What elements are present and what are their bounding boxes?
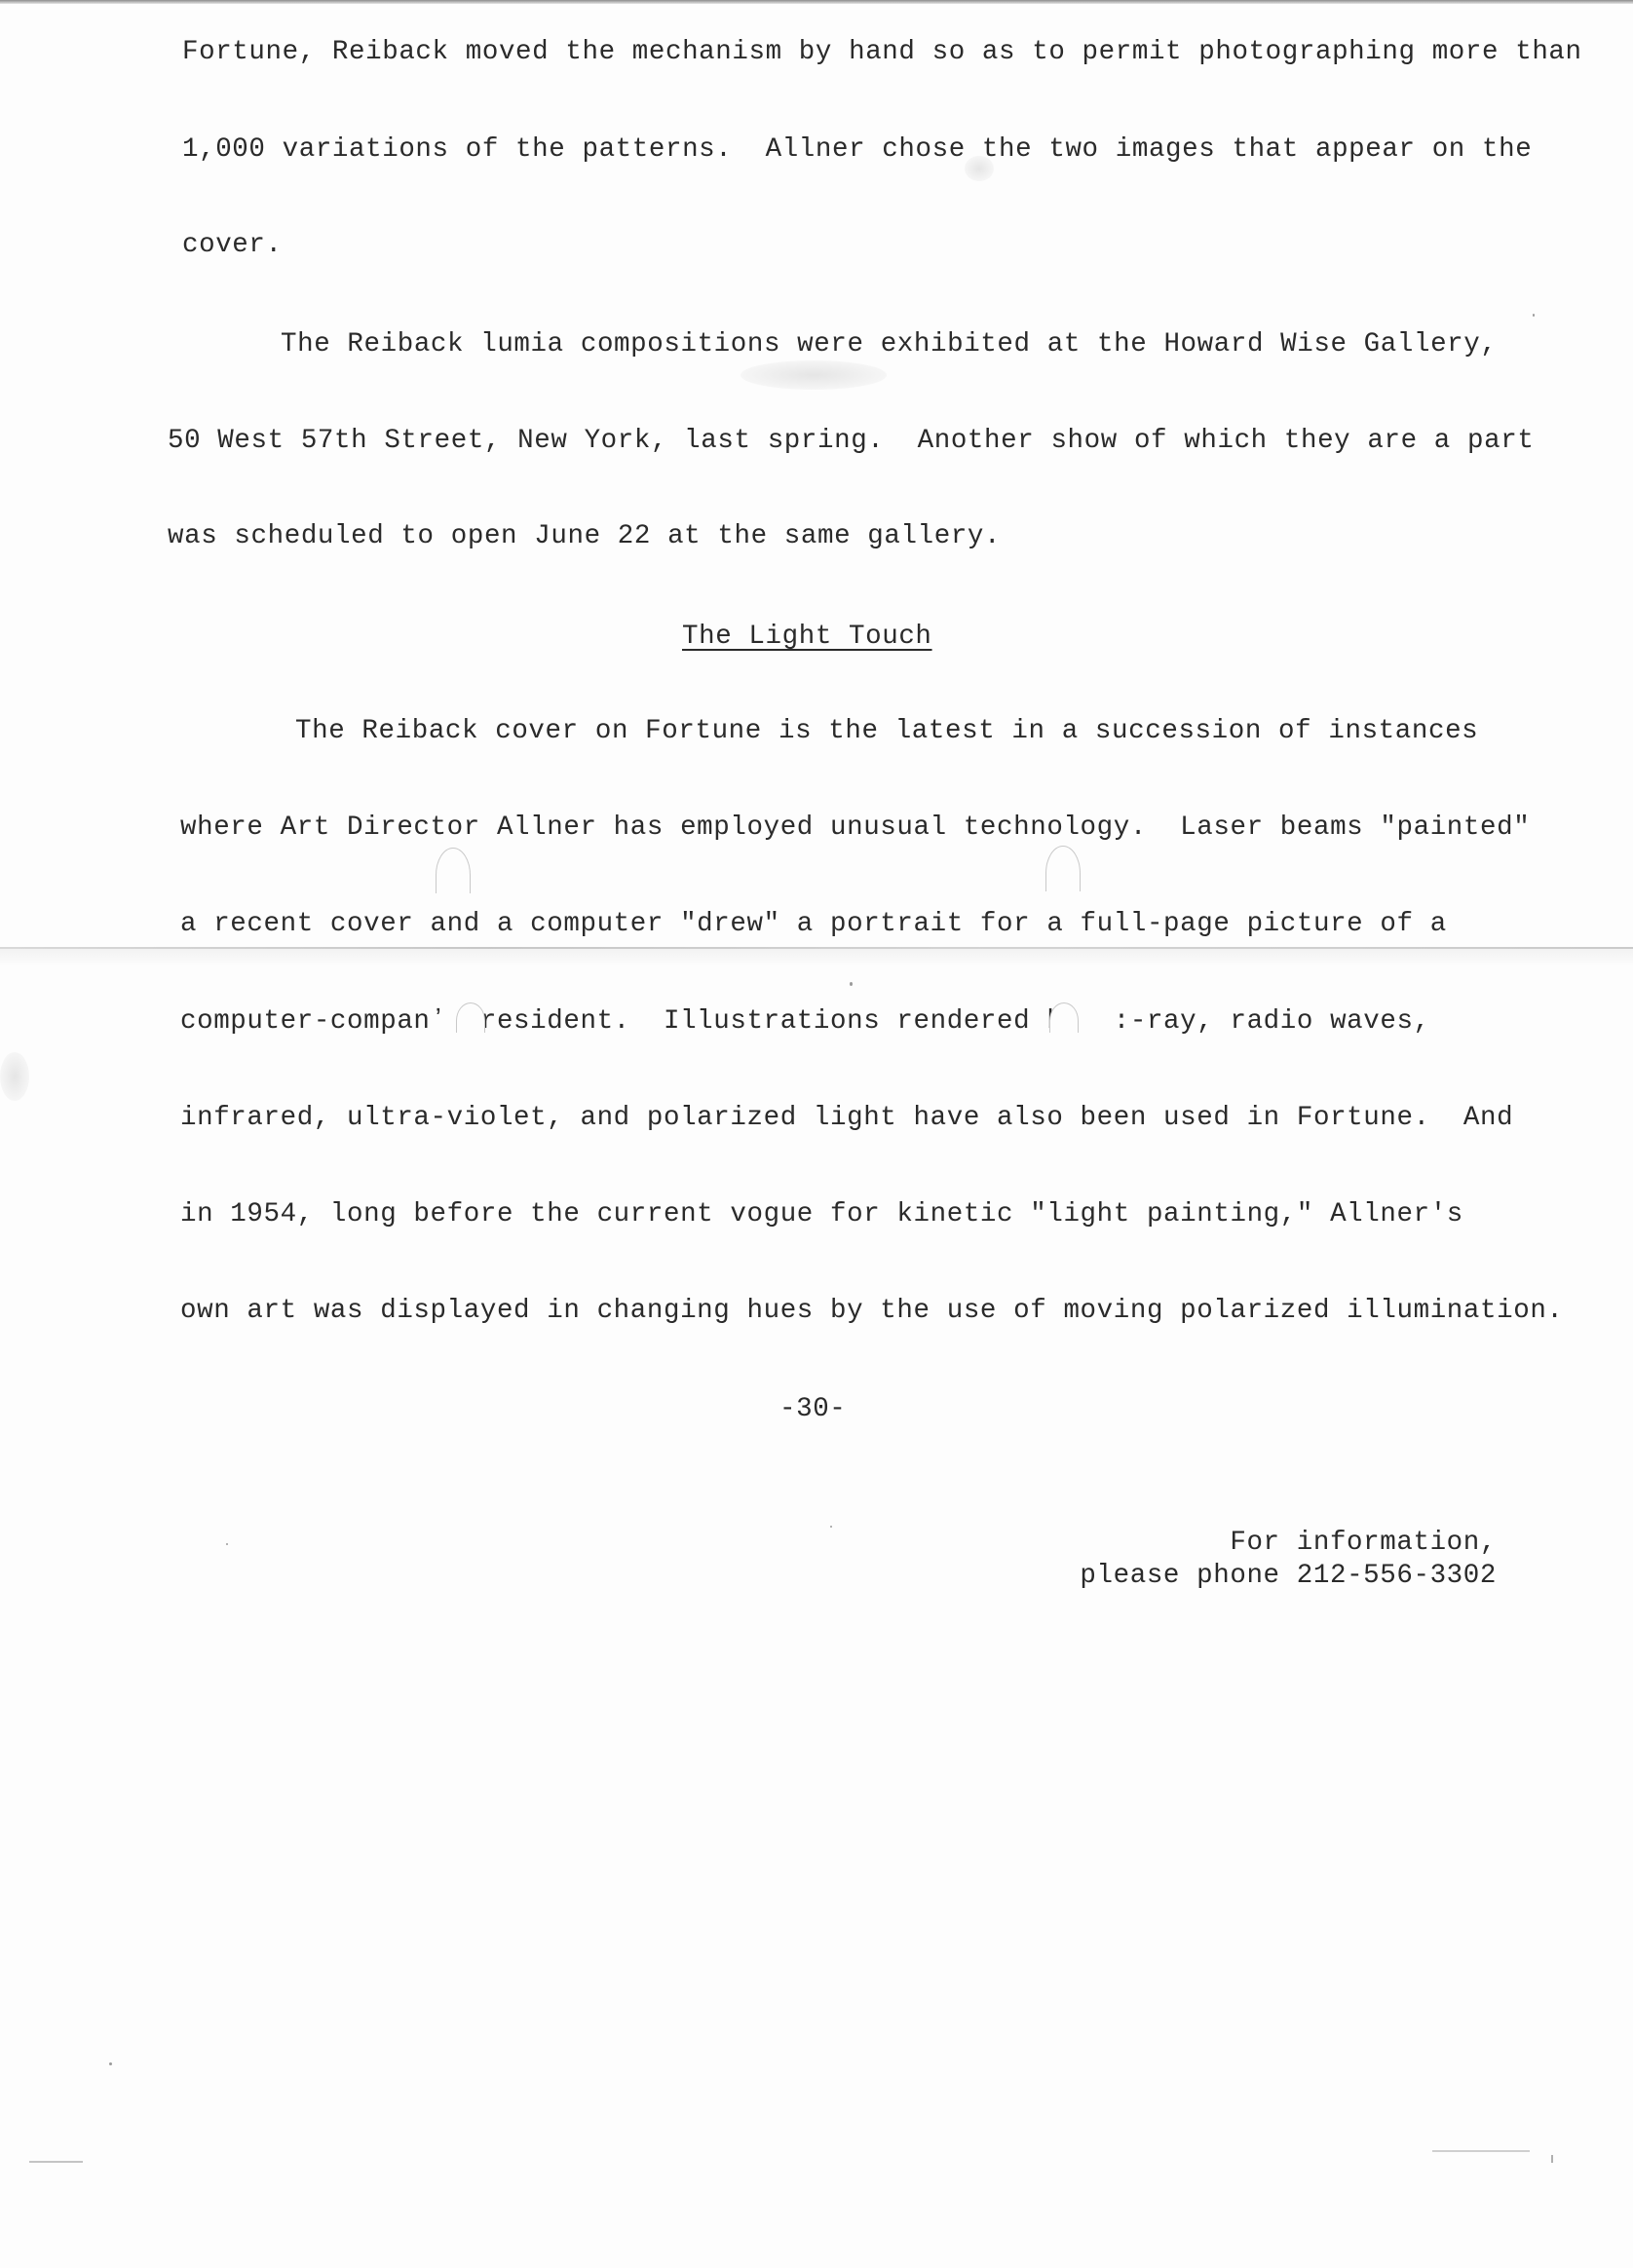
text-line: a recent cover and a computer "drew" a p…	[180, 911, 1447, 938]
scan-top-edge-shadow	[0, 0, 1633, 4]
text-line: 1,000 variations of the patterns. Allner…	[182, 136, 1532, 164]
scan-speck	[226, 1543, 228, 1545]
text-line: was scheduled to open June 22 at the sam…	[168, 523, 1001, 550]
scan-smudge	[965, 156, 994, 181]
section-heading: The Light Touch	[682, 622, 932, 652]
scan-speck	[1533, 314, 1535, 317]
text-line: computer-companʼ resident. Illustrations…	[180, 1008, 1430, 1036]
punch-hole-mark	[1045, 846, 1081, 891]
contact-line-2: please phone 212-556-3302	[1080, 1561, 1497, 1591]
scan-speck	[109, 2062, 112, 2065]
scan-speck	[830, 1526, 832, 1528]
text-line: in 1954, long before the current vogue f…	[180, 1201, 1463, 1228]
text-line: cover.	[182, 232, 283, 259]
text-line: The Reiback lumia compositions were exhi…	[281, 331, 1498, 359]
paper-fold-shadow	[0, 949, 1633, 966]
text-line: where Art Director Allner has employed u…	[180, 814, 1530, 842]
contact-info: For information, please phone 212-556-33…	[1080, 1527, 1497, 1593]
scan-edge-mark	[1432, 2150, 1530, 2152]
text-line: Fortune, Reiback moved the mechanism by …	[182, 39, 1582, 66]
text-line: 50 West 57th Street, New York, last spri…	[168, 428, 1534, 455]
scan-speck	[850, 982, 853, 986]
punch-hole-mark	[456, 1002, 485, 1033]
scan-speck	[1551, 2155, 1553, 2163]
end-mark: -30-	[779, 1394, 846, 1424]
text-line: infrared, ultra-violet, and polarized li…	[180, 1105, 1513, 1132]
text-line: own art was displayed in changing hues b…	[180, 1298, 1564, 1325]
punch-hole-mark	[1049, 1002, 1079, 1033]
contact-line-1: For information,	[1230, 1528, 1497, 1558]
text-line: The Reiback cover on Fortune is the late…	[295, 718, 1478, 745]
scan-edge-mark	[29, 2161, 83, 2163]
scan-smudge	[741, 360, 887, 390]
scan-smudge	[0, 1052, 29, 1101]
scanned-document-page: Fortune, Reiback moved the mechanism by …	[0, 0, 1633, 2268]
punch-hole-mark	[436, 848, 471, 893]
